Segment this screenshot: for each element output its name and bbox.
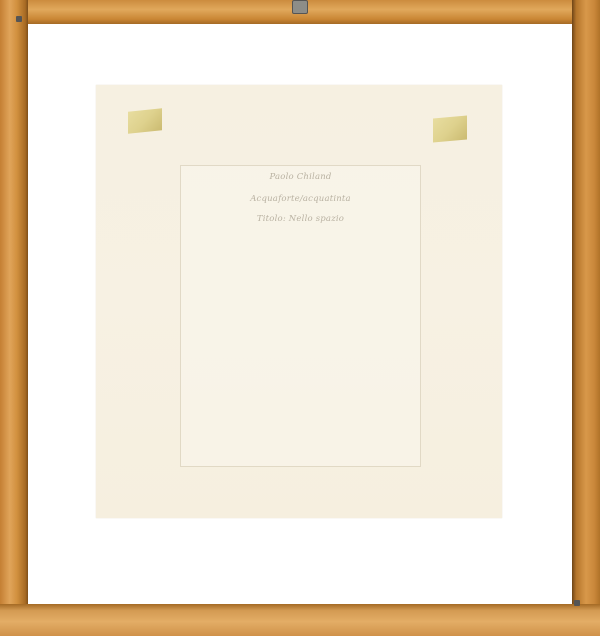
plate-impression: Paolo Chiland Acquaforte/acquatinta Tito… [180,165,421,467]
frame-bottom-rail [0,604,600,636]
corner-pin-icon [574,600,580,606]
frame-left-rail [0,0,28,636]
hinge-tape-right [433,116,467,143]
mount-backing: Paolo Chiland Acquaforte/acquatinta Tito… [28,24,572,604]
pencil-note-technique: Acquaforte/acquatinta [181,194,420,204]
corner-pin-icon [16,16,22,22]
hanger-hook-icon [292,0,308,14]
print-paper-verso: Paolo Chiland Acquaforte/acquatinta Tito… [96,85,502,518]
pencil-note-title: Titolo: Nello spazio [181,214,420,224]
pencil-note-artist: Paolo Chiland [181,172,420,182]
picture-frame: Paolo Chiland Acquaforte/acquatinta Tito… [0,0,600,636]
frame-right-rail [572,0,600,636]
hinge-tape-left [128,108,162,134]
